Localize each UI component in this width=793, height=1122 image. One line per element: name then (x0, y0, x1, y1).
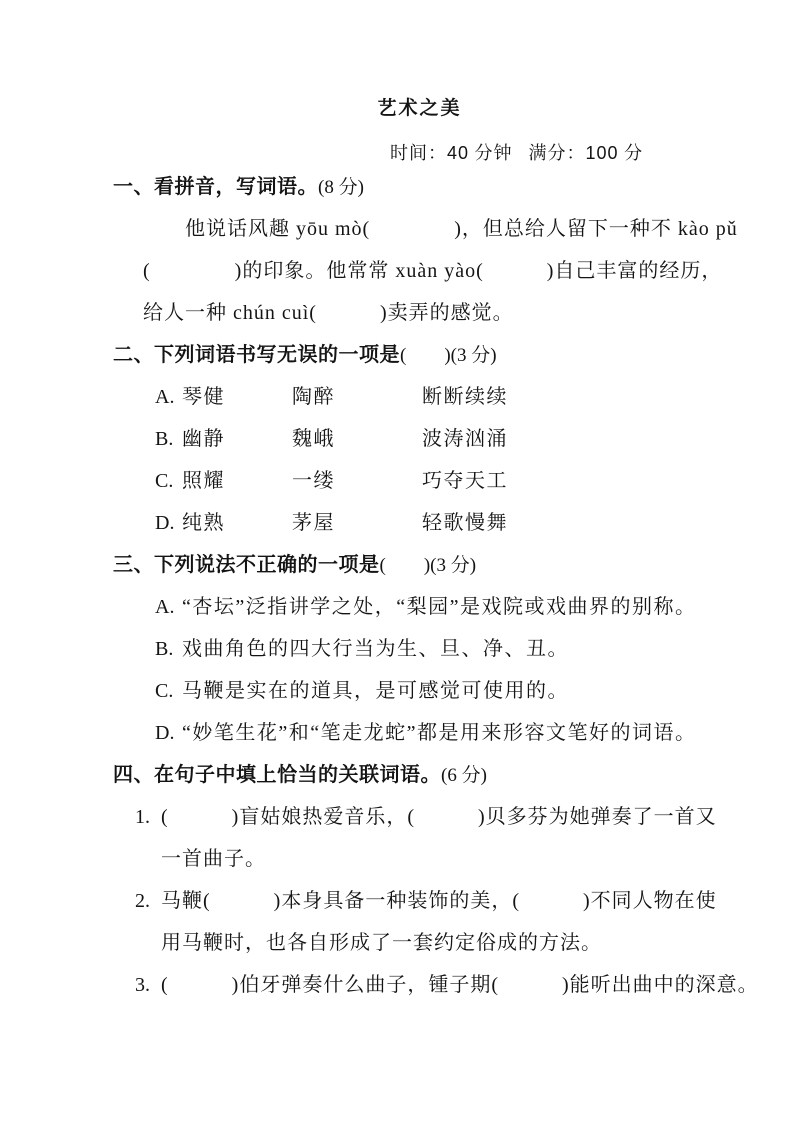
section3-points: (3 分) (430, 555, 476, 576)
statement-text: 马鞭是实在的道具，是可感觉可使用的。 (182, 680, 569, 702)
option-word: 茅屋 (292, 502, 422, 544)
option-letter: D. (155, 502, 182, 544)
option-word: 断断续续 (422, 386, 508, 408)
section3-heading: 三、下列说法不正确的一项是( )(3 分) (113, 544, 793, 586)
section4-heading-text: 四、在句子中填上恰当的关联词语。 (113, 764, 441, 786)
option-word: 琴健 (182, 376, 292, 418)
exam-paper-page: 艺术之美 时间：40 分钟满分：100 分 一、看拼音，写词语。(8 分) 他说… (0, 0, 793, 1122)
statement-text: “杏坛”泛指讲学之处，“梨园”是戏院或戏曲界的别称。 (182, 596, 697, 618)
option-letter: C. (155, 460, 182, 502)
option-word: 纯熟 (182, 502, 292, 544)
section1-line3: 给人一种 chún cuì( )卖弄的感觉。 (143, 292, 793, 334)
score-label: 满分： (529, 143, 586, 163)
option-letter: C. (155, 670, 182, 712)
option-letter: A. (155, 586, 182, 628)
option-letter: D. (155, 712, 182, 754)
option-word: 一缕 (292, 460, 422, 502)
section4-points: (6 分) (441, 765, 487, 786)
item-number: 1. (135, 796, 161, 838)
statement-text: “妙笔生花”和“笔走龙蛇”都是用来形容文笔好的词语。 (182, 722, 697, 744)
option-word: 魏峨 (292, 418, 422, 460)
option-word: 幽静 (182, 418, 292, 460)
option-word: 轻歌慢舞 (422, 512, 508, 534)
option-word: 照耀 (182, 460, 292, 502)
option-letter: B. (155, 628, 182, 670)
exam-meta: 时间：40 分钟满分：100 分 (390, 140, 793, 166)
item-text: ( )伯牙弹奏什么曲子，锺子期( )能听出曲中的深意。 (161, 974, 759, 996)
option-row-d: D.纯熟茅屋轻歌慢舞 (155, 502, 793, 544)
option-word: 陶醉 (292, 376, 422, 418)
section2-answer-blank: ( ) (400, 345, 451, 366)
page-title: 艺术之美 (23, 0, 793, 124)
time-unit: 分钟 (469, 143, 513, 163)
option-letter: A. (155, 376, 182, 418)
section1-line1: 他说话风趣 yōu mò( )，但总给人留下一种不 kào pǔ (185, 208, 793, 250)
item-number: 2. (135, 880, 161, 922)
item-text: ( )盲姑娘热爱音乐，( )贝多芬为她弹奏了一首又 (161, 806, 717, 828)
time-label: 时间： (390, 143, 447, 163)
section1-points: (8 分) (318, 177, 364, 198)
section1-heading-text: 一、看拼音，写词语。 (113, 176, 318, 198)
fill-item-1-cont: 一首曲子。 (161, 838, 793, 880)
item-number: 3. (135, 964, 161, 1006)
statement-row-a: A.“杏坛”泛指讲学之处，“梨园”是戏院或戏曲界的别称。 (155, 586, 793, 628)
section2-heading: 二、下列词语书写无误的一项是( )(3 分) (113, 334, 793, 376)
option-letter: B. (155, 418, 182, 460)
time-value: 40 (447, 143, 469, 163)
score-value: 100 (586, 143, 619, 163)
option-row-a: A.琴健陶醉断断续续 (155, 376, 793, 418)
section2-points: (3 分) (451, 345, 497, 366)
statement-row-b: B.戏曲角色的四大行当为生、旦、净、丑。 (155, 628, 793, 670)
section1-line2: ( )的印象。他常常 xuàn yào( )自己丰富的经历， (143, 250, 793, 292)
option-row-b: B.幽静魏峨波涛汹涌 (155, 418, 793, 460)
fill-item-1: 1.( )盲姑娘热爱音乐，( )贝多芬为她弹奏了一首又 (135, 796, 793, 838)
item-text: 马鞭( )本身具备一种装饰的美，( )不同人物在使 (161, 890, 717, 912)
option-word: 波涛汹涌 (422, 428, 508, 450)
section2-heading-text: 二、下列词语书写无误的一项是 (113, 344, 400, 366)
statement-row-d: D.“妙笔生花”和“笔走龙蛇”都是用来形容文笔好的词语。 (155, 712, 793, 754)
section1-heading: 一、看拼音，写词语。(8 分) (113, 166, 793, 208)
fill-item-3: 3.( )伯牙弹奏什么曲子，锺子期( )能听出曲中的深意。 (135, 964, 793, 1006)
fill-item-2: 2.马鞭( )本身具备一种装饰的美，( )不同人物在使 (135, 880, 793, 922)
section4-heading: 四、在句子中填上恰当的关联词语。(6 分) (113, 754, 793, 796)
option-word: 巧夺天工 (422, 470, 508, 492)
statement-text: 戏曲角色的四大行当为生、旦、净、丑。 (182, 638, 569, 660)
section3-heading-text: 三、下列说法不正确的一项是 (113, 554, 380, 576)
score-unit: 分 (619, 143, 644, 163)
statement-row-c: C.马鞭是实在的道具，是可感觉可使用的。 (155, 670, 793, 712)
option-row-c: C.照耀一缕巧夺天工 (155, 460, 793, 502)
section3-answer-blank: ( ) (380, 555, 431, 576)
fill-item-2-cont: 用马鞭时，也各自形成了一套约定俗成的方法。 (161, 922, 793, 964)
